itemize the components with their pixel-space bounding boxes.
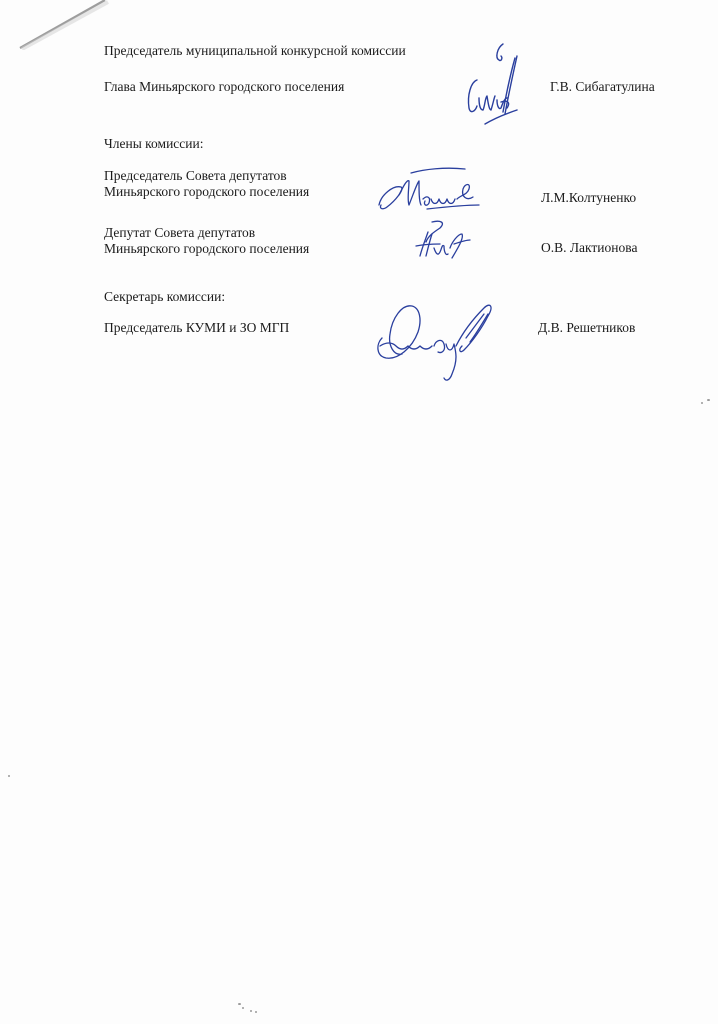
chairman-name: Г.В. Сибагатулина — [550, 79, 655, 95]
members-heading: Члены комиссии: — [104, 136, 204, 152]
signature-koltunenko-icon — [375, 165, 495, 215]
secretary-position: Председатель КУМИ и ЗО МГП — [104, 320, 289, 336]
scan-speck — [255, 1011, 257, 1013]
scan-speck — [250, 1010, 252, 1012]
scan-speck — [238, 1003, 241, 1005]
member-2-position-line2: Миньярского городского поселения — [104, 241, 309, 257]
member-1-position-line2: Миньярского городского поселения — [104, 184, 309, 200]
scan-speck — [8, 775, 10, 777]
scan-speck — [242, 1007, 244, 1009]
scan-speck — [701, 402, 703, 404]
member-1-name: Л.М.Колтуненко — [541, 190, 636, 206]
signature-laktionova-icon — [412, 218, 472, 262]
scan-speck — [707, 399, 710, 401]
chairman-position: Глава Миньярского городского поселения — [104, 79, 344, 95]
member-2-position-line1: Депутат Совета депутатов — [104, 225, 255, 241]
secretary-heading: Секретарь комиссии: — [104, 289, 225, 305]
chairman-title: Председатель муниципальной конкурсной ко… — [104, 43, 406, 59]
secretary-name: Д.В. Решетников — [538, 320, 635, 336]
paper-fold-mark — [0, 0, 110, 50]
document-page: Председатель муниципальной конкурсной ко… — [0, 0, 718, 1024]
signature-sibagatulina-icon — [455, 40, 535, 125]
signature-reshetnikov-icon — [372, 298, 497, 383]
member-1-position-line1: Председатель Совета депутатов — [104, 168, 287, 184]
member-2-name: О.В. Лактионова — [541, 240, 637, 256]
